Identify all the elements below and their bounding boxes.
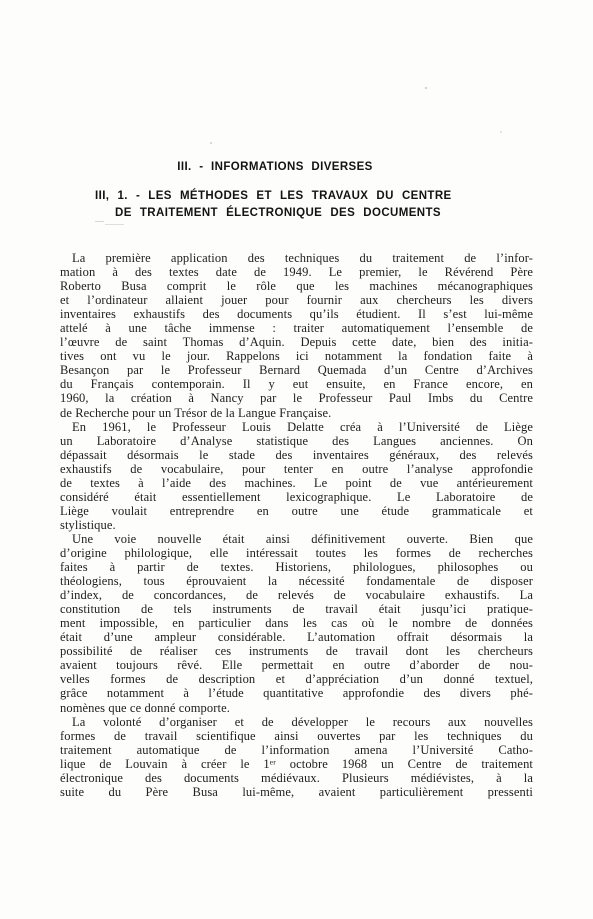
text-line: tives ont vu le jour. Rappelons ici nota…	[60, 349, 533, 363]
text-line: et l’ordinateur allaient jouer pour four…	[60, 293, 533, 307]
subsection-heading-line1: III, 1. - LES MÉTHODES ET LES TRAVAUX DU…	[60, 190, 533, 203]
text-line: ment impossible, en particulier dans les…	[60, 616, 533, 630]
text-line: velles formes de description et d’appréc…	[60, 672, 533, 686]
text-line: faites à partir de textes. Historiens, p…	[60, 560, 533, 574]
text-line: d’index, de concordances, de relevés de …	[60, 588, 533, 602]
text-line: 1960, la création à Nancy par le Profess…	[60, 391, 533, 405]
text-line: grâce notamment à l’étude quantitative a…	[60, 686, 533, 700]
text-line: du Français contemporain. Il y eut ensui…	[60, 377, 533, 391]
scan-speck	[500, 131, 502, 133]
text-line: Besançon par le Professeur Bernard Quema…	[60, 363, 533, 377]
text-line: suite du Père Busa lui-même, avaient par…	[60, 785, 533, 799]
section-heading: III. - INFORMATIONS DIVERSES	[60, 161, 490, 173]
text-line: possibilité de réaliser ces instruments …	[60, 644, 533, 658]
text-line: d’origine philologique, elle intéressait…	[60, 546, 533, 560]
text-line: théologiens, tous éprouvaient la nécessi…	[60, 574, 533, 588]
text-line: lique de Louvain à créer le 1ᵉʳ octobre …	[60, 757, 533, 771]
text-line: considéré était essentiellement lexicogr…	[60, 490, 533, 504]
text-line: Roberto Busa comprit le rôle que les mac…	[60, 279, 533, 293]
text-line: formes de travail scientifique ainsi ouv…	[60, 729, 533, 743]
text-line: Une voie nouvelle était ainsi définitive…	[60, 532, 533, 546]
text-line: La volonté d’organiser et de développer …	[60, 715, 533, 729]
text-line: traitement automatique de l’information …	[60, 743, 533, 757]
text-line: avaient toujours rêvé. Elle permettait e…	[60, 658, 533, 672]
text-line: attelé à une tâche immense : traiter aut…	[60, 321, 533, 335]
text-line: de Recherche pour un Trésor de la Langue…	[60, 406, 533, 420]
text-line: La première application des techniques d…	[60, 251, 533, 265]
text-line: était d’une ampleur considérable. L’auto…	[60, 630, 533, 644]
subsection-heading: III, 1. - LES MÉTHODES ET LES TRAVAUX DU…	[60, 190, 533, 220]
page-content: III. - INFORMATIONS DIVERSES III, 1. - L…	[60, 161, 533, 799]
text-line: dépassait désormais le stade des inventa…	[60, 448, 533, 462]
text-line: constitution de tels instruments de trav…	[60, 602, 533, 616]
text-line: En 1961, le Professeur Louis Delatte cré…	[60, 420, 533, 434]
text-line: nomènes que ce donné comporte.	[60, 701, 533, 715]
text-line: de textes à l’aide des machines. Le poin…	[60, 476, 533, 490]
text-line: stylistique.	[60, 518, 533, 532]
text-line: mation à des textes date de 1949. Le pre…	[60, 265, 533, 279]
scanned-page: III. - INFORMATIONS DIVERSES III, 1. - L…	[0, 0, 593, 919]
scan-speck	[425, 87, 427, 89]
text-line: Liège voulait entreprendre en outre une …	[60, 504, 533, 518]
text-line: un Laboratoire d’Analyse statistique des…	[60, 434, 533, 448]
body-text: La première application des techniques d…	[60, 251, 533, 799]
scan-speck	[210, 142, 212, 144]
subsection-heading-line2: DE TRAITEMENT ÉLECTRONIQUE DES DOCUMENTS	[60, 207, 533, 220]
text-line: exhaustifs de vocabulaire, pour tenter e…	[60, 462, 533, 476]
text-line: l’œuvre de saint Thomas d’Aquin. Depuis …	[60, 335, 533, 349]
text-line: inventaires exhaustifs des documents qu’…	[60, 307, 533, 321]
text-line: électronique des documents médiévaux. Pl…	[60, 771, 533, 785]
